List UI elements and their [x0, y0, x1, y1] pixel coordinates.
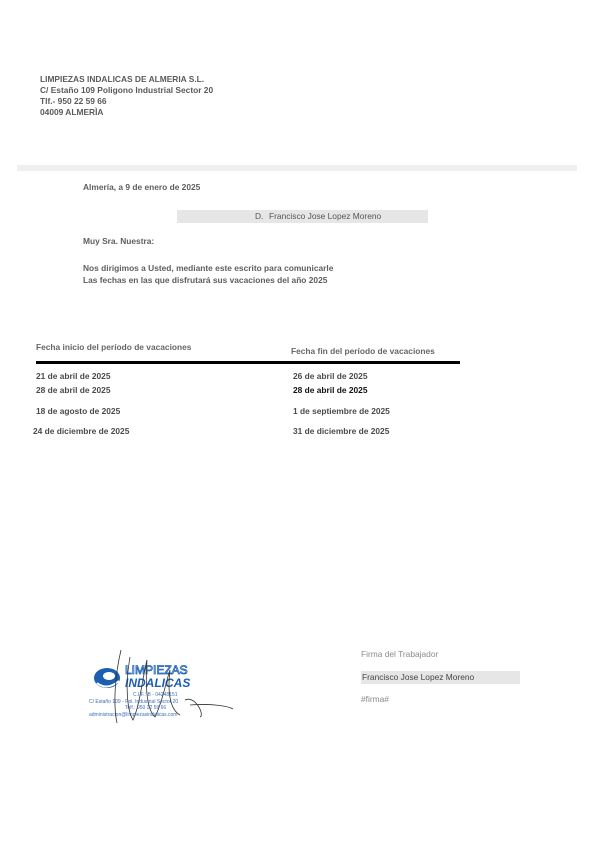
recipient-name: Francisco Jose Lopez Moreno	[269, 211, 381, 221]
company-city: 04009 ALMERÌA	[40, 107, 213, 118]
body-line-1: Nos dirigimos a Usted, mediante este esc…	[83, 262, 333, 274]
row-2-start: 28 de abril de 2025	[36, 385, 111, 395]
signature-label: Firma del Trabajador	[361, 649, 438, 659]
greeting: Muy Sra. Nuestra:	[83, 236, 154, 246]
recipient-prefix: D.	[255, 211, 263, 221]
row-1-end: 26 de abril de 2025	[293, 371, 368, 381]
company-header: LIMPIEZAS INDALICAS DE ALMERIA S.L. C/ E…	[40, 74, 213, 118]
header-divider	[17, 165, 577, 171]
body-line-2: Las fechas en las que disfrutará sus vac…	[83, 274, 333, 286]
row-4-end: 31 de diciembre de 2025	[293, 426, 389, 436]
stamp-phone: Telf.: 950 22 59 66	[125, 705, 166, 711]
header-start-date: Fecha inicio del período de vacaciones	[36, 342, 191, 352]
letter-date: Almería, a 9 de enero de 2025	[83, 182, 200, 192]
signature-placeholder: #firma#	[361, 694, 389, 704]
company-stamp: LIMPIEZAS INDALICAS C.I.F.: B - 04248151…	[85, 645, 245, 725]
row-1-start: 21 de abril de 2025	[36, 371, 111, 381]
worker-name: Francisco Jose Lopez Moreno	[362, 672, 474, 682]
header-end-date: Fecha fin del período de vacaciones	[291, 346, 435, 356]
row-3-start: 18 de agosto de 2025	[36, 406, 120, 416]
stamp-email: administracion@limpiezasindalicas.com	[89, 712, 177, 718]
company-phone: Tlf.- 950 22 59 66	[40, 96, 213, 107]
stamp-brand-1: LIMPIEZAS	[125, 663, 188, 677]
letter-body: Nos dirigimos a Usted, mediante este esc…	[83, 262, 333, 286]
company-address: C/ Estaño 109 Poligono Industrial Sector…	[40, 85, 213, 96]
worker-name-field: Francisco Jose Lopez Moreno	[361, 671, 520, 684]
recipient-field: D. Francisco Jose Lopez Moreno	[177, 210, 428, 223]
row-3-end: 1 de septiembre de 2025	[293, 406, 390, 416]
row-2-end: 28 de abril de 2025	[293, 385, 368, 395]
row-4-start: 24 de diciembre de 2025	[33, 426, 129, 436]
table-rule	[36, 361, 460, 364]
company-name: LIMPIEZAS INDALICAS DE ALMERIA S.L.	[40, 74, 213, 85]
stamp-graphic: LIMPIEZAS INDALICAS C.I.F.: B - 04248151…	[85, 645, 245, 725]
stamp-brand-2: INDALICAS	[125, 676, 190, 690]
